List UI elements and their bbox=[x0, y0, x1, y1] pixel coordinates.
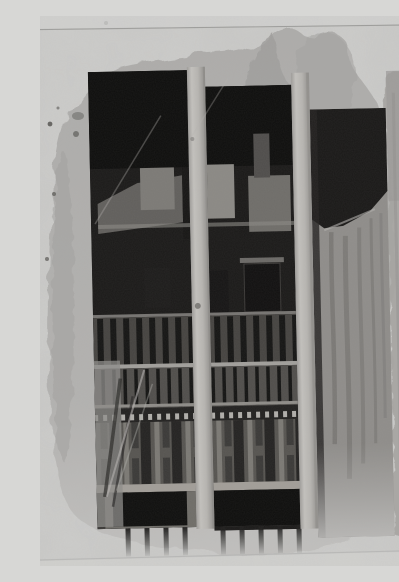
film-grain bbox=[40, 16, 399, 566]
photo-sheet: Early monochrome photograph on paper: a … bbox=[40, 16, 399, 566]
photograph bbox=[40, 16, 399, 566]
